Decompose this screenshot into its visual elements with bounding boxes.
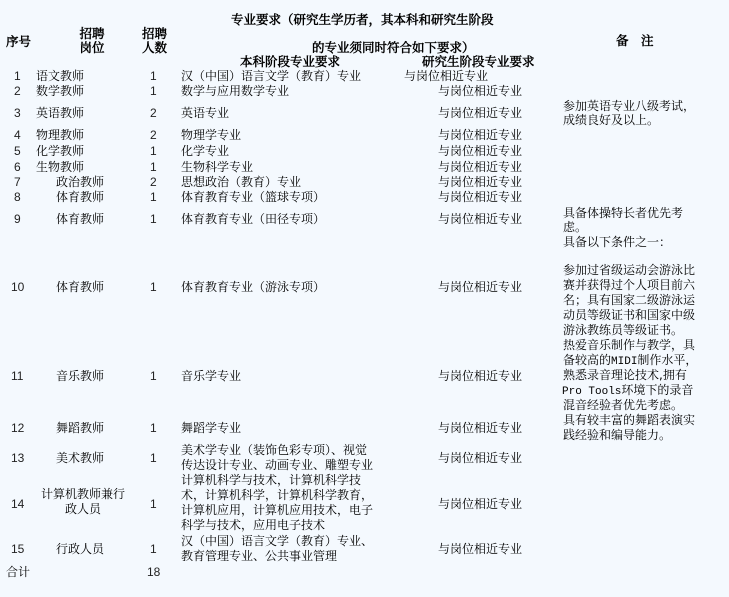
row-remarks-line: 备较高的MIDI制作水平， xyxy=(563,354,697,369)
row-position: 语文教师 xyxy=(36,70,84,83)
row-seq: 3 xyxy=(14,107,21,120)
footer-total-value: 18 xyxy=(147,566,160,579)
row-position: 体育教师 xyxy=(56,191,104,204)
row-position: 生物教师 xyxy=(36,161,84,174)
row-position: 行政人员 xyxy=(56,543,104,556)
row-graduate: 与岗位相近专业 xyxy=(438,213,522,226)
row-undergrad-line: 汉（中国）语言文学（教育）专业、 xyxy=(181,535,373,548)
row-undergrad-line: 传达设计专业、动画专业、雕塑专业 xyxy=(181,459,373,472)
remarks-midi: MIDI xyxy=(611,356,637,368)
header-major-title-line1: 专业要求（研究生学历者，其本科和研究生阶段 xyxy=(231,13,494,26)
row-seq: 2 xyxy=(14,85,21,98)
header-position-line1: 招聘 xyxy=(62,27,122,40)
row-seq: 9 xyxy=(14,213,21,226)
row-position: 体育教师 xyxy=(56,281,104,294)
row-undergrad-line: 术，计算机科学，计算机科学教育， xyxy=(181,489,373,502)
row-count: 2 xyxy=(150,129,157,142)
header-major-title-line2: 的专业须同时符合如下要求） xyxy=(312,41,475,54)
row-undergrad: 音乐学专业 xyxy=(181,370,241,383)
remarks-text: 环境下的录音 xyxy=(621,383,693,397)
row-position: 数学教师 xyxy=(36,85,84,98)
row-position-line: 计算机教师兼行 xyxy=(33,488,133,501)
row-undergrad-line: 计算机应用，计算机应用技术，电子 xyxy=(181,504,373,517)
row-remarks-line: Pro Tools环境下的录音 xyxy=(562,384,693,399)
row-count: 1 xyxy=(150,161,157,174)
row-remarks-line: 混音经验者优先考虑。 xyxy=(563,399,683,412)
row-seq: 12 xyxy=(11,422,24,435)
row-graduate: 与岗位相近专业 xyxy=(438,370,522,383)
row-undergrad: 体育教育专业（游泳专项） xyxy=(181,281,325,294)
row-undergrad-line: 教育管理专业、公共事业管理 xyxy=(181,550,337,563)
row-graduate: 与岗位相近专业 xyxy=(438,176,522,189)
row-position: 美术教师 xyxy=(56,452,104,465)
row-count: 1 xyxy=(150,213,157,226)
row-count: 2 xyxy=(150,176,157,189)
row-undergrad: 体育教育专业（篮球专项） xyxy=(181,191,325,204)
row-position: 政治教师 xyxy=(56,176,104,189)
row-position: 舞蹈教师 xyxy=(56,422,104,435)
row-count: 1 xyxy=(150,543,157,556)
row-remarks-line: 具备体操特长者优先考 xyxy=(563,207,683,220)
row-seq: 13 xyxy=(11,452,24,465)
header-undergrad: 本科阶段专业要求 xyxy=(240,55,340,68)
row-seq: 7 xyxy=(14,176,21,189)
row-graduate: 与岗位相近专业 xyxy=(438,422,522,435)
row-position: 化学教师 xyxy=(36,145,84,158)
row-count: 1 xyxy=(150,422,157,435)
header-count-line1: 招聘 xyxy=(142,27,167,40)
row-undergrad-line: 科学与技术，应用电子技术 xyxy=(181,519,325,532)
row-undergrad-line: 计算机科学与技术，计算机科学技 xyxy=(181,474,361,487)
row-position: 物理教师 xyxy=(36,129,84,142)
row-graduate: 与岗位相近专业 xyxy=(438,161,522,174)
row-remarks-line: 游泳教练员等级证书。 xyxy=(563,324,683,337)
row-remarks-line: 动员等级证书和国家中级 xyxy=(563,309,695,322)
row-graduate: 与岗位相近专业 xyxy=(438,452,522,465)
row-undergrad-line: 美术学专业（装饰色彩专项）、视觉 xyxy=(181,444,367,457)
row-count: 1 xyxy=(150,191,157,204)
row-graduate: 与岗位相近专业 xyxy=(438,85,522,98)
row-seq: 6 xyxy=(14,161,21,174)
row-remarks-line: 具备以下条件之一： xyxy=(563,236,671,249)
row-graduate: 与岗位相近专业 xyxy=(438,281,522,294)
row-remarks-line: 践经验和编导能力。 xyxy=(563,429,671,442)
row-position: 英语教师 xyxy=(36,107,84,120)
remarks-protools: Pro Tools xyxy=(562,386,621,398)
row-undergrad: 生物科学专业 xyxy=(181,161,253,174)
row-undergrad: 数学与应用数学专业 xyxy=(181,85,289,98)
remarks-text: 制作水平， xyxy=(637,353,697,367)
row-seq: 5 xyxy=(14,145,21,158)
row-undergrad: 思想政治（教育）专业 xyxy=(181,176,301,189)
row-remarks-line: 成绩良好及以上。 xyxy=(563,114,659,127)
row-undergrad: 体育教育专业（田径专项） xyxy=(181,213,325,226)
row-remarks-line: 参加过省级运动会游泳比 xyxy=(563,264,695,277)
row-count: 1 xyxy=(150,70,157,83)
footer-total-label: 合计 xyxy=(6,566,30,579)
row-remarks-line: 热爱音乐制作与教学，具 xyxy=(563,339,695,352)
row-remarks-line: 虑。 xyxy=(563,221,587,234)
row-undergrad: 化学专业 xyxy=(181,145,229,158)
row-graduate: 与岗位相近专业 xyxy=(438,107,522,120)
row-position: 体育教师 xyxy=(56,213,104,226)
header-graduate: 研究生阶段专业要求 xyxy=(422,55,535,68)
row-seq: 1 xyxy=(14,70,21,83)
row-graduate: 与岗位相近专业 xyxy=(438,498,522,511)
row-seq: 14 xyxy=(11,498,24,511)
row-position-line: 政人员 xyxy=(33,503,133,516)
row-remarks-line: 熟悉录音理论技术,拥有 xyxy=(563,369,687,382)
row-count: 1 xyxy=(150,498,157,511)
row-undergrad: 舞蹈学专业 xyxy=(181,422,241,435)
row-seq: 8 xyxy=(14,191,21,204)
row-count: 1 xyxy=(150,370,157,383)
row-undergrad: 英语专业 xyxy=(181,107,229,120)
row-remarks-line: 赛并获得过个人项目前六 xyxy=(563,279,695,292)
row-remarks-line: 名；具有国家二级游泳运 xyxy=(563,294,695,307)
header-seq: 序号 xyxy=(6,35,31,48)
row-seq: 15 xyxy=(11,543,24,556)
row-count: 1 xyxy=(150,452,157,465)
row-seq: 11 xyxy=(11,370,23,383)
header-count-line2: 人数 xyxy=(142,41,167,54)
row-remarks-line: 具有较丰富的舞蹈表演实 xyxy=(563,414,695,427)
row-position: 音乐教师 xyxy=(56,370,104,383)
header-remarks: 备 注 xyxy=(616,34,654,47)
row-graduate: 与岗位相近专业 xyxy=(438,543,522,556)
row-count: 1 xyxy=(150,145,157,158)
row-count: 2 xyxy=(150,107,157,120)
row-seq: 4 xyxy=(14,129,21,142)
row-graduate: 与岗位相近专业 xyxy=(404,70,488,83)
row-count: 1 xyxy=(150,281,157,294)
row-graduate: 与岗位相近专业 xyxy=(438,191,522,204)
row-seq: 10 xyxy=(11,281,24,294)
row-remarks-line: 参加英语专业八级考试， xyxy=(563,100,695,113)
row-count: 1 xyxy=(150,85,157,98)
row-undergrad: 物理学专业 xyxy=(181,129,241,142)
row-graduate: 与岗位相近专业 xyxy=(438,145,522,158)
row-undergrad: 汉（中国）语言文学（教育）专业 xyxy=(181,70,361,83)
row-graduate: 与岗位相近专业 xyxy=(438,129,522,142)
header-position-line2: 岗位 xyxy=(62,41,122,54)
remarks-text: 备较高的 xyxy=(563,353,611,367)
